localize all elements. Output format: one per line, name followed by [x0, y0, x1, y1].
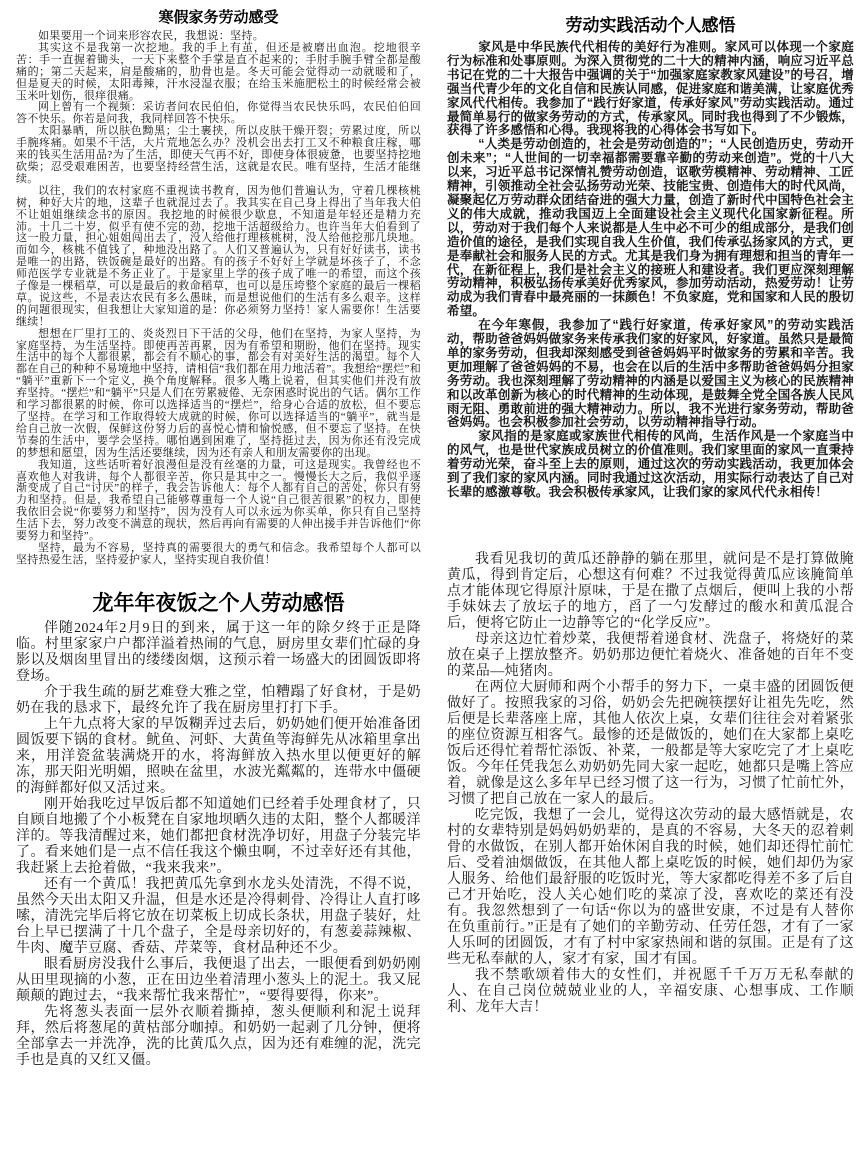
paragraph: 先将葱头表面一层外衣顺着撕掉，葱头便顺利和泥土说拜拜，然后将葱尾的黄枯部分咖掉。…	[16, 1005, 421, 1069]
essay-dragon-year-dinner: 龙年年夜饭之个人劳动感悟 伴随2024年2月9日的到来，属于这一年的除夕终于正是…	[16, 589, 421, 1069]
essay-body: 家风是中华民族代代相传的美好行为准则。家风可以体现一个家庭行为标准和处事原则。为…	[447, 41, 854, 500]
essay-title: 劳动实践活动个人感悟	[447, 14, 854, 38]
paragraph: “人类是劳动创造的，社会是劳动创造的”；“人民创造历史，劳动开创未来”；“人世间…	[447, 138, 854, 319]
document-page: 寒假家务劳动感受 如果要用一个词来形容农民，我想说：坚持。其实这不是我第一次挖地…	[0, 0, 866, 1155]
essay-body: 我看见我切的黄瓜还静静的躺在那里，就问是不是打算做腌黄瓜，得到肯定后，心想这有何…	[447, 552, 854, 1016]
paragraph: 刚开始我吃过早饭后都不知道她们已经着手处理食材了，只自顾自地搬了个小板凳在自家地…	[16, 797, 421, 877]
paragraph: 以往，我们的农村家庭不重视读书教育，因为他们普遍认为，守着几棵核桃树，种好大片的…	[16, 186, 421, 329]
essay-title: 寒假家务劳动感受	[16, 8, 421, 28]
paragraph: 家风是中华民族代代相传的美好行为准则。家风可以体现一个家庭行为标准和处事原则。为…	[447, 41, 854, 138]
paragraph: 我看见我切的黄瓜还静静的躺在那里，就问是不是打算做腌黄瓜，得到肯定后，心想这有何…	[447, 552, 854, 632]
paragraph: 坚持，最为不容易，坚持真的需要很大的勇气和信念。我希望每个人都可以坚持热爱生活，…	[16, 543, 421, 567]
paragraph: 吃完饭，我想了一会儿，觉得这次劳动的最大感悟就是，农村的女辈特别是妈妈奶奶辈的，…	[447, 808, 854, 968]
paragraph: 我知道，这些话听着好浪漫但是没有丝毫的力量，可这是现实。我曾经也不喜欢他人对我讲…	[16, 460, 421, 543]
paragraph: 还有一个黄瓜！我把黄瓜先拿到水龙头处清洗，不得不说，虽然今天出太阳又升温，但是水…	[16, 877, 421, 957]
paragraph: 眼看厨房没我什么事后，我便退了出去，一眼便看到奶奶刚从田里现摘的小葱，正在田边坐…	[16, 957, 421, 1005]
paragraph: 在今年寒假，我参加了“践行好家道，传承好家风”的劳动实践活动，帮助爸爸妈妈做家务…	[447, 319, 854, 430]
paragraph: 母亲这边忙着炒菜，我便帮着递食材、洗盘子，将烧好的菜放在桌子上摆放整齐。奶奶那边…	[447, 632, 854, 680]
paragraph: 在两位大厨师和两个小帮手的努力下，一桌丰盛的团圆饭便做好了。按照我家的习俗，奶奶…	[447, 680, 854, 808]
essay-labor-practice: 劳动实践活动个人感悟 家风是中华民族代代相传的美好行为准则。家风可以体现一个家庭…	[447, 14, 854, 500]
left-column: 寒假家务劳动感受 如果要用一个词来形容农民，我想说：坚持。其实这不是我第一次挖地…	[2, 8, 433, 1155]
essay-dinner-continuation: 我看见我切的黄瓜还静静的躺在那里，就问是不是打算做腌黄瓜，得到肯定后，心想这有何…	[447, 552, 854, 1016]
essay-body: 伴随2024年2月9日的到来，属于这一年的除夕终于正是降临。村里家家户户都洋溢着…	[16, 621, 421, 1069]
paragraph: 太阳暴晒，所以肤色黝黑；尘土裹挟，所以皮肤干燥开裂；劳累过度，所以手腕疼痛。如果…	[16, 126, 421, 186]
paragraph: 伴随2024年2月9日的到来，属于这一年的除夕终于正是降临。村里家家户户都洋溢着…	[16, 621, 421, 685]
essay-body: 如果要用一个词来形容农民，我想说：坚持。其实这不是我第一次挖地。我的手上有茧，但…	[16, 31, 421, 567]
essay-winter-housework: 寒假家务劳动感受 如果要用一个词来形容农民，我想说：坚持。其实这不是我第一次挖地…	[16, 8, 421, 567]
paragraph: 其实这不是我第一次挖地。我的手上有茧，但还是被磨出血泡。挖地很辛苦：手一直握着锄…	[16, 43, 421, 103]
paragraph: 网上曾有一个视频：采访者问农民伯伯，你觉得当农民快乐吗，农民伯伯回答不快乐。你若…	[16, 102, 421, 126]
paragraph: 上午九点将大家的早饭糊弄过去后，奶奶她们便开始准备团圆饭要下锅的食材。鱿鱼、河虾…	[16, 717, 421, 797]
paragraph: 家风指的是家庭或家族世代相传的风尚，生活作风是一个家庭当中的风气，也是世代家族成…	[447, 430, 854, 500]
paragraph: 我不禁歌颂着伟大的女性们，并祝愿千千万万无私奉献的人、在自己岗位兢兢业业的人，辛…	[447, 968, 854, 1016]
paragraph: 介于我生疏的厨艺难登大雅之堂，怕糟蹋了好食材，于是奶奶在我的恳求下，最终允许了我…	[16, 685, 421, 717]
essay-title: 龙年年夜饭之个人劳动感悟	[16, 589, 421, 617]
paragraph: 想想在厂里打工的、炎炎烈日下干活的父母，他们在坚持，为家人坚持，为家庭坚持，为生…	[16, 329, 421, 460]
right-column: 劳动实践活动个人感悟 家风是中华民族代代相传的美好行为准则。家风可以体现一个家庭…	[433, 8, 864, 1155]
